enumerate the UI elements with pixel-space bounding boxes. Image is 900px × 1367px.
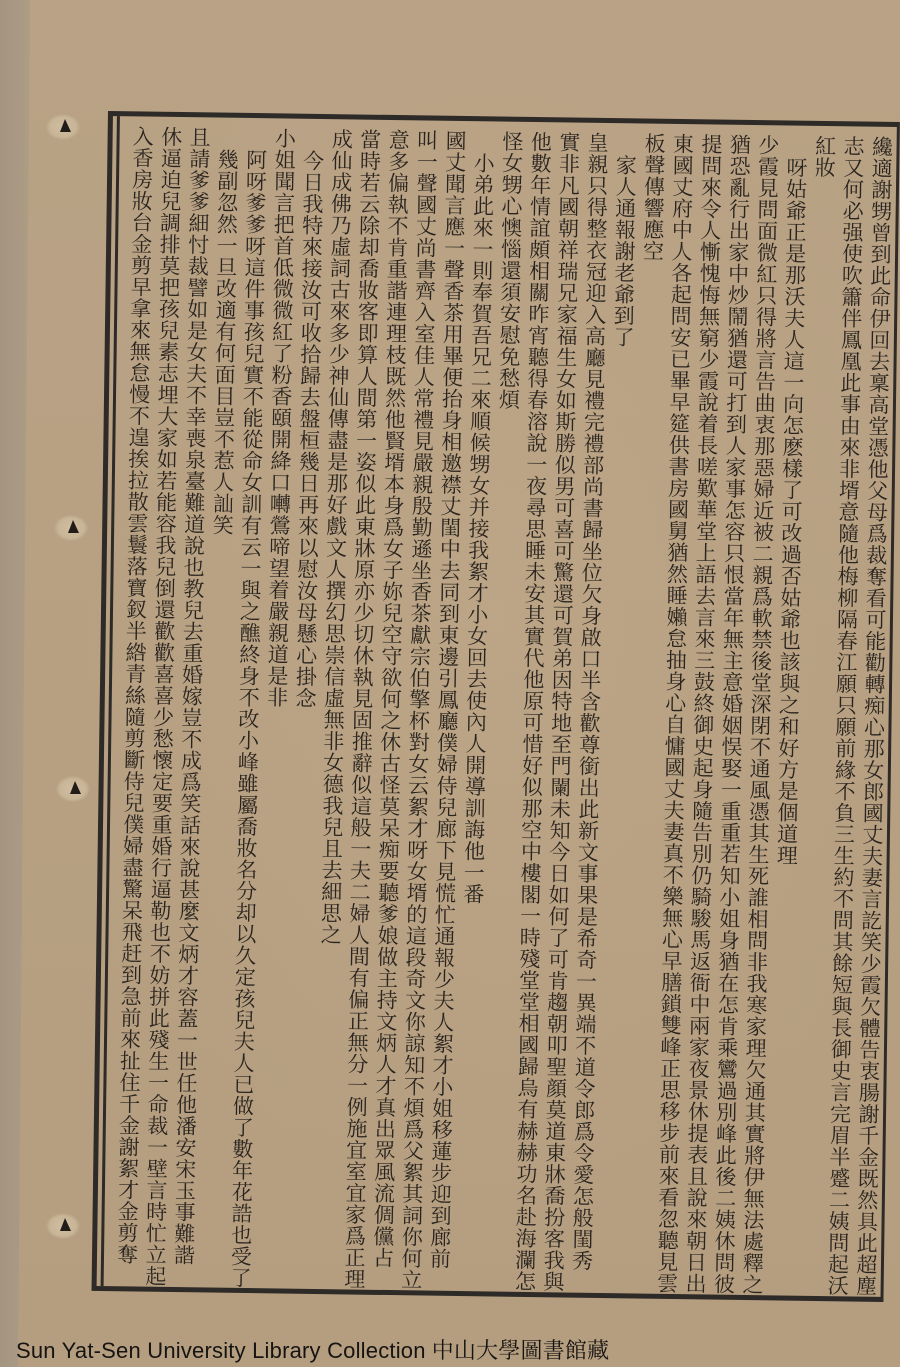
binding-hole-shadow (68, 520, 79, 533)
binding-hole (46, 114, 80, 140)
binding-hole (56, 776, 90, 802)
collection-credit: Sun Yat-Sen University Library Collectio… (16, 1338, 609, 1364)
binding-hole-shadow (70, 781, 81, 794)
collection-label-zh: 中山大學圖書館藏 (432, 1339, 610, 1364)
binding-hole (54, 515, 88, 541)
page-edge-strip (0, 0, 30, 1367)
binding-hole-shadow (60, 119, 71, 132)
scanned-book-page: 纔適謝甥曾到此命伊回去稟高堂憑他父母爲裁奪看可能勸轉痴心那女郎國丈夫妻言訖笑少霞… (0, 0, 900, 1367)
binding-hole-shadow (60, 1218, 71, 1231)
binding-hole (46, 1213, 80, 1239)
page-frame: 纔適謝甥曾到此命伊回去稟高堂憑他父母爲裁奪看可能勸轉痴心那女郎國丈夫妻言訖笑少霞… (92, 111, 900, 1302)
collection-label-en: Sun Yat-Sen University Library Collectio… (16, 1338, 426, 1363)
text-block: 纔適謝甥曾到此命伊回去稟高堂憑他父母爲裁奪看可能勸轉痴心那女郎國丈夫妻言訖笑少霞… (108, 125, 896, 1298)
